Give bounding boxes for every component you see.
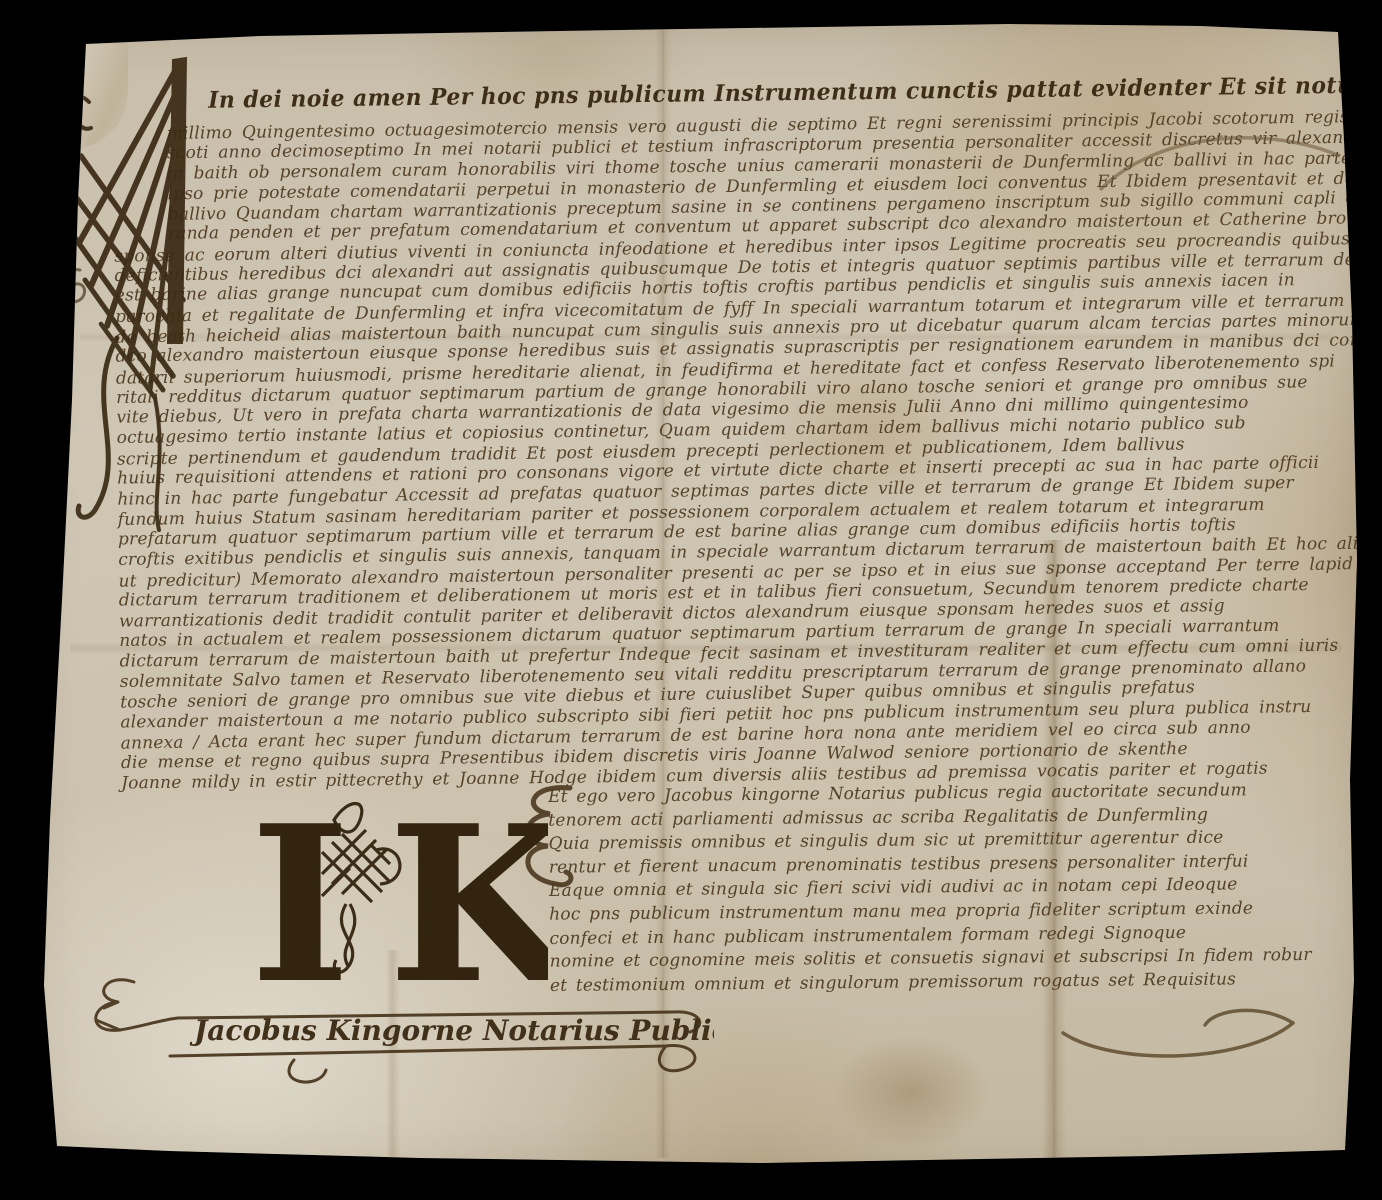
vertical-fold-crease [386,950,400,1158]
monogram-knot [298,804,400,973]
notary-monogram: I K [238,792,548,1027]
parchment-sheet: In dei noie amen Per hoc pns publicum In… [0,0,1382,1200]
notary-attestation: Et ego vero Jacobus kingorne Notarius pu… [548,778,1362,998]
margin-flourish [36,160,96,320]
monogram-letter-k: K [388,792,548,1027]
charter-body-text: In dei noie amen Per hoc pns publicum In… [112,66,1361,794]
closing-swirl-flourish [1055,995,1305,1070]
manuscript-photograph: In dei noie amen Per hoc pns publicum In… [0,0,1382,1200]
body-lines: millimo Quingentesimo octuagesimotercio … [113,108,1362,794]
monogram-letter-i: I [250,792,351,1027]
banner-text: Jacobus Kingorne Notarius Publicus: [189,1014,714,1047]
